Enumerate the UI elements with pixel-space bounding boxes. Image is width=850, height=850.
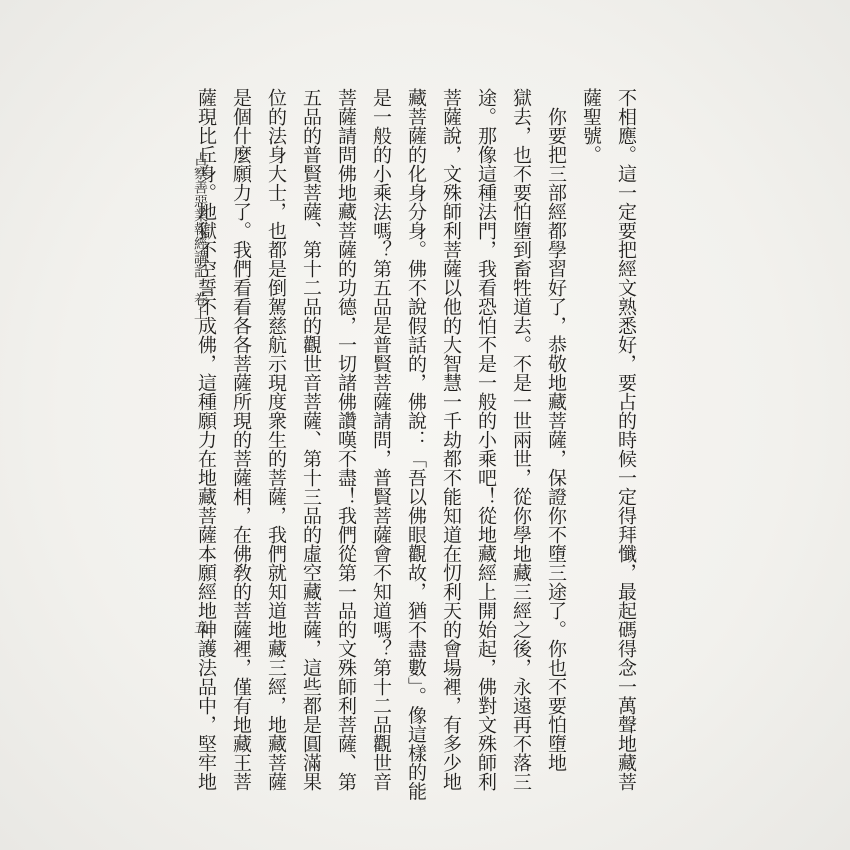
text-column: 菩薩請問佛地藏菩薩的功德，一切諸佛讚嘆不盡！我們從第一品的文殊師利菩薩、第 bbox=[328, 88, 363, 804]
text-column: 不相應。這一定要把經文熟悉好，要占的時候一定得拜懺，最起碼得念一萬聲地藏菩 bbox=[608, 88, 643, 804]
text-column: 是個什麼願力了。我們看看各各菩薩所現的菩薩相，在佛敎的菩薩裡，僅有地藏王菩 bbox=[223, 88, 258, 804]
text-column: 五品的普賢菩薩、第十二品的觀世音菩薩、第十三品的虛空藏菩薩，這些都是圓滿果 bbox=[293, 88, 328, 804]
text-column: 是一般的小乘法嗎？第五品是普賢菩薩請問，普賢菩薩會不知道嗎？第十二品觀世音 bbox=[363, 88, 398, 804]
text-column: 你要把三部經都學習好了，恭敬地藏菩薩，保證你不墮三途了。你也不要怕墮地 bbox=[538, 88, 573, 804]
text-column: 菩薩說，文殊師利菩薩以他的大智慧一千劫都不能知道在忉利天的會場裡，有多少地 bbox=[433, 88, 468, 804]
text-column: 薩現比丘身。地獄不空誓不成佛，這種願力在地藏菩薩本願經地神護法品中，堅牢地 bbox=[188, 88, 223, 804]
text-column: 途。那像這種法門，我看恐怕不是一般的小乘吧！從地藏經上開始起，佛對文殊師利 bbox=[468, 88, 503, 804]
text-column: 獄去，也不要怕墮到畜牲道去。不是一世兩世，從你學地藏三經之後，永遠再不落三 bbox=[503, 88, 538, 804]
body-text-block: 不相應。這一定要把經文熟悉好，要占的時候一定得拜懺，最起碼得念一萬聲地藏菩 薩聖… bbox=[188, 88, 643, 804]
text-column: 藏菩薩的化身分身。佛不說假話的，佛說：「吾以佛眼觀故，猶不盡數」。像這樣的能 bbox=[398, 88, 433, 804]
book-page: 占察善惡業報經講記 卷上 五 不相應。這一定要把經文熟悉好，要占的時候一定得拜懺… bbox=[0, 0, 850, 850]
text-column: 薩聖號。 bbox=[573, 88, 608, 804]
text-column: 位的法身大士，也都是倒駕慈航示現度衆生的菩薩，我們就知道地藏三經，地藏菩薩 bbox=[258, 88, 293, 804]
